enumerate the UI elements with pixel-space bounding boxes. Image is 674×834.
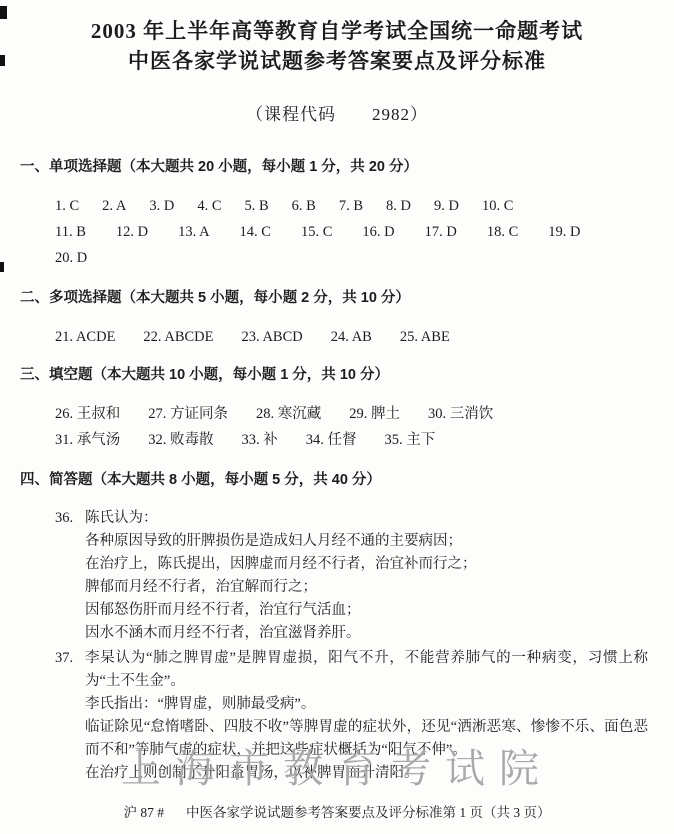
page-footer: 沪 87 # 中医各家学说试题参考答案要点及评分标准第 1 页（共 3 页） bbox=[0, 801, 674, 821]
footer-page-info: 中医各家学说试题参考答案要点及评分标准第 1 页（共 3 页） bbox=[186, 801, 551, 821]
answer-item: 23. ABCD bbox=[242, 324, 303, 350]
answer-item: 35. 主下 bbox=[385, 427, 436, 453]
answer-item: 25. ABE bbox=[400, 324, 450, 350]
answer-item: 26. 王叔和 bbox=[55, 401, 120, 427]
section-heading-short-answer: 四、简答题（本大题共 8 小题，每小题 5 分，共 40 分） bbox=[20, 470, 674, 490]
section-single-choice: 一、单项选择题（本大题共 20 小题，每小题 1 分，共 20 分） 1. C2… bbox=[0, 157, 674, 271]
answer-item: 11. B bbox=[55, 219, 86, 245]
scan-artifact bbox=[0, 262, 4, 272]
document-header: 2003 年上半年高等教育自学考试全国统一命题考试 中医各家学说试题参考答案要点… bbox=[0, 16, 674, 125]
answer-item: 22. ABCDE bbox=[143, 324, 213, 350]
exam-answer-document: 2003 年上半年高等教育自学考试全国统一命题考试 中医各家学说试题参考答案要点… bbox=[0, 0, 674, 834]
answer-item: 15. C bbox=[301, 219, 332, 245]
answer-item: 34. 任督 bbox=[306, 427, 357, 453]
answer-item: 14. C bbox=[240, 219, 271, 245]
answer-row: 21. ACDE22. ABCDE23. ABCD24. AB25. ABE bbox=[55, 324, 674, 350]
section-heading-multiple-choice: 二、多项选择题（本大题共 5 小题，每小题 2 分，共 10 分） bbox=[20, 288, 674, 308]
answer-row: 11. B12. D13. A14. C15. C16. D17. D18. C… bbox=[55, 219, 674, 245]
answer-item: 20. D bbox=[55, 245, 87, 271]
section-multiple-choice: 二、多项选择题（本大题共 5 小题，每小题 2 分，共 10 分） 21. AC… bbox=[0, 288, 674, 350]
answer-item: 28. 寒沉藏 bbox=[256, 401, 321, 427]
answer-line: 因郁怒伤肝而月经不行者，治宜行气活血； bbox=[85, 599, 648, 622]
section-heading-single-choice: 一、单项选择题（本大题共 20 小题，每小题 1 分，共 20 分） bbox=[20, 157, 674, 177]
answer-item: 17. D bbox=[425, 219, 457, 245]
answer-item: 16. D bbox=[362, 219, 394, 245]
answer-line: 在治疗上，陈氏提出，因脾虚而月经不行者，治宜补而行之； bbox=[85, 553, 648, 576]
question-answer-lines: 陈氏认为：各种原因导致的肝脾损伤是造成妇人月经不通的主要病因；在治疗上，陈氏提出… bbox=[85, 507, 648, 645]
answer-item: 9. D bbox=[434, 193, 459, 219]
answer-item: 19. D bbox=[548, 219, 580, 245]
course-code: （课程代码 2982） bbox=[0, 100, 674, 125]
answer-line: 李杲认为“肺之脾胃虚”是脾胃虚损，阳气不升，不能营养肺气的一种病变，习惯上称为“… bbox=[85, 647, 648, 693]
multiple-choice-answers: 21. ACDE22. ABCDE23. ABCD24. AB25. ABE bbox=[55, 324, 674, 350]
answer-item: 4. C bbox=[197, 193, 221, 219]
watermark-stamp: 上海市教育考试院 bbox=[0, 737, 674, 794]
section-heading-fill-blank: 三、填空题（本大题共 10 小题，每小题 1 分，共 10 分） bbox=[20, 365, 674, 385]
answer-item: 31. 承气汤 bbox=[55, 427, 120, 453]
answer-item: 1. C bbox=[55, 193, 79, 219]
section-fill-blank: 三、填空题（本大题共 10 小题，每小题 1 分，共 10 分） 26. 王叔和… bbox=[0, 365, 674, 453]
answer-row: 1. C2. A3. D4. C5. B6. B7. B8. D9. D10. … bbox=[55, 193, 674, 219]
question-number: 37. bbox=[55, 647, 73, 670]
answer-item: 24. AB bbox=[331, 324, 372, 350]
answer-item: 7. B bbox=[339, 193, 363, 219]
answer-item: 33. 补 bbox=[242, 427, 278, 453]
scan-artifact bbox=[0, 55, 5, 66]
footer-code: 沪 87 # bbox=[124, 801, 165, 821]
single-choice-answers: 1. C2. A3. D4. C5. B6. B7. B8. D9. D10. … bbox=[55, 193, 674, 271]
answer-item: 27. 方证同条 bbox=[148, 401, 228, 427]
answer-line: 脾郁而月经不行者，治宜解而行之； bbox=[85, 576, 648, 599]
answer-item: 18. C bbox=[487, 219, 518, 245]
answer-line: 陈氏认为： bbox=[85, 507, 648, 530]
answer-item: 30. 三消饮 bbox=[428, 401, 493, 427]
answer-item: 21. ACDE bbox=[55, 324, 115, 350]
answer-row: 20. D bbox=[55, 245, 674, 271]
answer-row: 31. 承气汤32. 败毒散33. 补34. 任督35. 主下 bbox=[55, 427, 674, 453]
answer-item: 10. C bbox=[482, 193, 513, 219]
answer-item: 12. D bbox=[116, 219, 148, 245]
answer-item: 29. 脾土 bbox=[349, 401, 400, 427]
answer-item: 5. B bbox=[245, 193, 269, 219]
scan-artifact bbox=[0, 6, 7, 19]
document-title-line2: 中医各家学说试题参考答案要点及评分标准 bbox=[0, 46, 674, 76]
answer-item: 2. A bbox=[102, 193, 126, 219]
question-number: 36. bbox=[55, 507, 73, 530]
question-36: 36. 陈氏认为：各种原因导致的肝脾损伤是造成妇人月经不通的主要病因；在治疗上，… bbox=[55, 507, 648, 645]
answer-line: 因水不涵木而月经不行者，治宜滋肾养肝。 bbox=[85, 622, 648, 645]
answer-item: 13. A bbox=[178, 219, 209, 245]
document-title-line1: 2003 年上半年高等教育自学考试全国统一命题考试 bbox=[0, 16, 674, 46]
answer-line: 各种原因导致的肝脾损伤是造成妇人月经不通的主要病因； bbox=[85, 530, 648, 553]
answer-line: 李氏指出：“脾胃虚，则肺最受病”。 bbox=[85, 693, 648, 716]
fill-blank-answers: 26. 王叔和27. 方证同条28. 寒沉藏29. 脾土30. 三消饮 31. … bbox=[55, 401, 674, 453]
answer-item: 8. D bbox=[386, 193, 411, 219]
answer-item: 3. D bbox=[149, 193, 174, 219]
answer-item: 6. B bbox=[292, 193, 316, 219]
answer-row: 26. 王叔和27. 方证同条28. 寒沉藏29. 脾土30. 三消饮 bbox=[55, 401, 674, 427]
answer-item: 32. 败毒散 bbox=[148, 427, 213, 453]
